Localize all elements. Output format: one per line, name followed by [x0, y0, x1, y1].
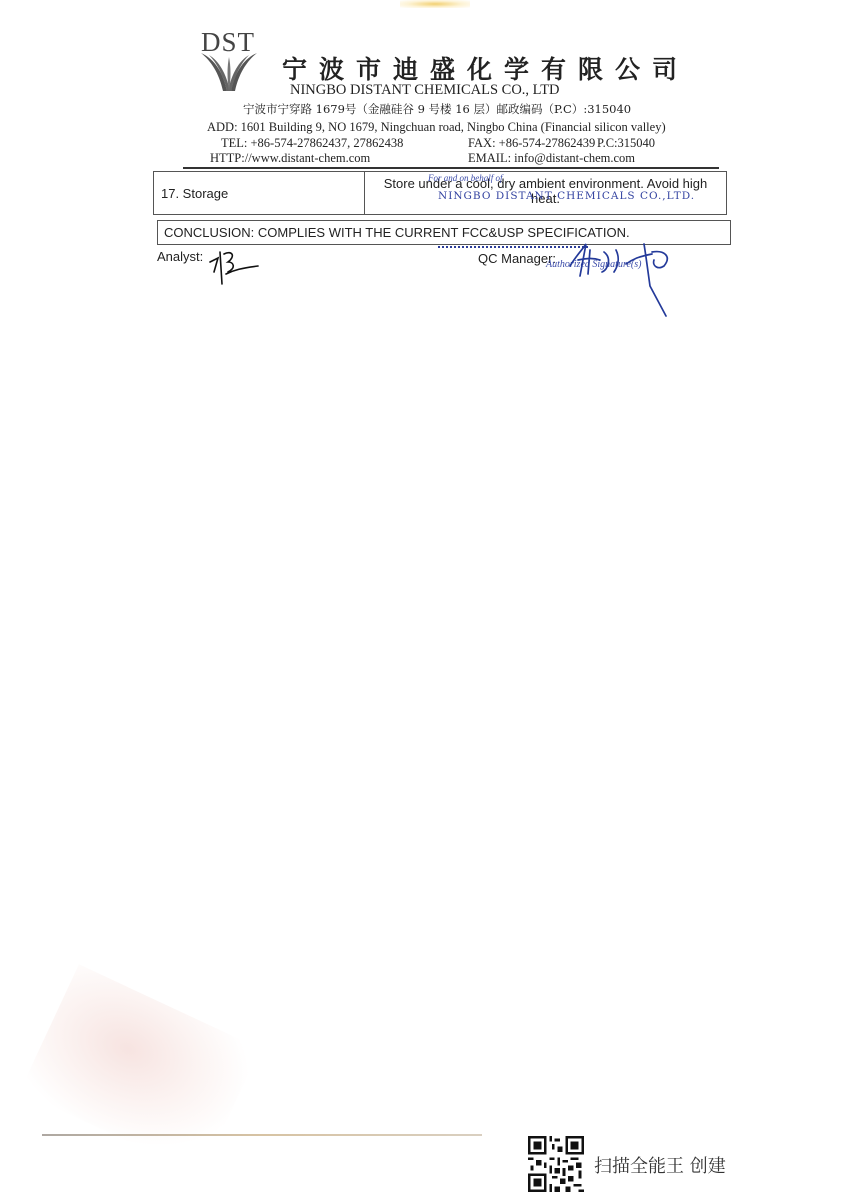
address-cn: 宁波市宁穿路 1679号（金融硅谷 9 号楼 16 层）邮政编码（P.C）:31…	[243, 101, 631, 117]
storage-label: 17. Storage	[154, 172, 365, 214]
scanner-watermark: 扫描全能王 创建	[594, 1152, 726, 1178]
analyst-signature-icon	[206, 244, 266, 289]
website: HTTP://www.distant-chem.com	[210, 151, 370, 166]
analyst-label: Analyst:	[157, 249, 203, 264]
company-name-en: NINGBO DISTANT CHEMICALS CO., LTD	[290, 82, 560, 99]
company-logo: DST	[197, 27, 261, 93]
fax: FAX: +86-574-27862439	[468, 136, 595, 151]
address-en: ADD: 1601 Building 9, NO 1679, Ningchuan…	[207, 120, 666, 135]
scan-smudge-top	[400, 0, 470, 8]
qc-manager-label: QC Manager:	[478, 251, 556, 266]
company-name-cn: 宁波市迪盛化学有限公司	[282, 50, 689, 86]
postcode: P.C:315040	[597, 136, 655, 151]
header-divider	[183, 167, 719, 169]
scan-stain	[20, 964, 260, 1175]
leaf-logo-icon	[197, 47, 261, 93]
page-edge-line	[42, 1134, 482, 1136]
qc-manager-signature-icon	[560, 236, 680, 320]
email: EMAIL: info@distant-chem.com	[468, 151, 635, 166]
telephone: TEL: +86-574-27862437, 27862438	[221, 136, 403, 151]
stamp-company-text: NINGBO DISTANT CHEMICALS CO.,LTD.	[438, 190, 695, 202]
qr-code-icon	[528, 1136, 584, 1192]
stamp-on-behalf-text: For and on behalf of	[428, 173, 503, 183]
